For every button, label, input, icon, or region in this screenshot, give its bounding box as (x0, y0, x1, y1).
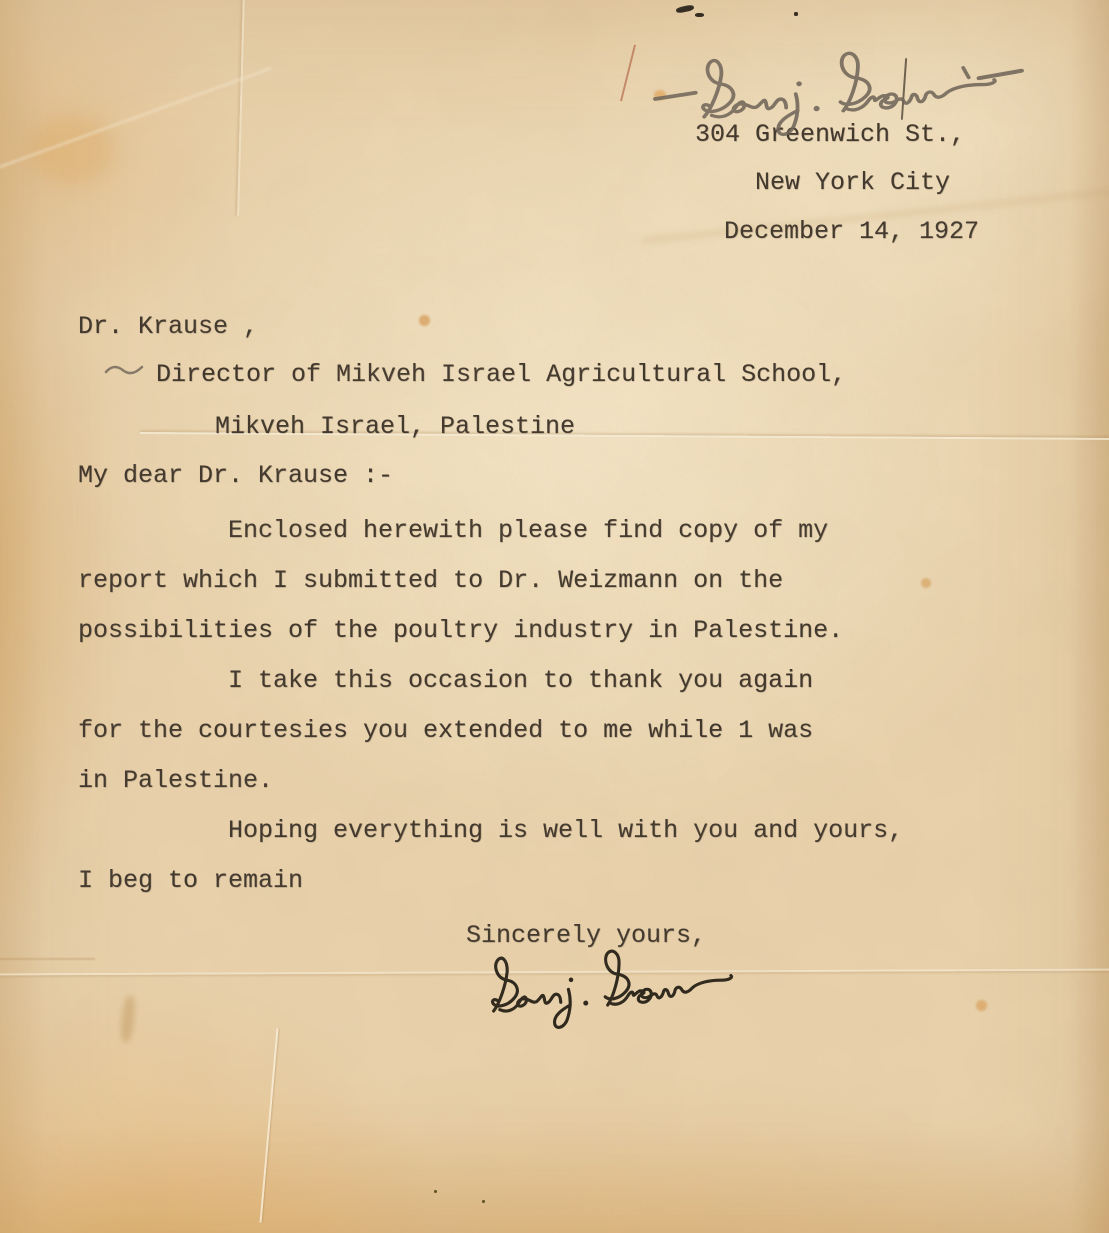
scratch-line (620, 45, 636, 102)
staple-mark (695, 13, 704, 17)
date-line: December 14, 1927 (724, 217, 979, 247)
stain-streak (120, 995, 137, 1042)
body-line: report which I submitted to Dr. Weizmann… (78, 566, 783, 596)
pencil-dash-left (655, 93, 696, 99)
crease-diagonal-topleft (0, 67, 271, 172)
stain-spot (976, 1000, 987, 1011)
ink-speck (794, 12, 798, 16)
body-line: I beg to remain (78, 866, 303, 896)
recipient-title: Director of Mikveh Israel Agricultural S… (156, 360, 846, 390)
recipient-name: Dr. Krause , (78, 312, 258, 342)
recipient-address: Mikveh Israel, Palestine (215, 412, 575, 442)
crease-vertical-top (237, 0, 245, 216)
ink-speck (482, 1200, 485, 1203)
address-line-2: New York City (755, 168, 950, 198)
crease-crack-bottom (260, 1028, 279, 1222)
pencil-squiggle (104, 362, 146, 378)
stain-blotch (30, 115, 115, 185)
letter-page: 304 Greenwich St., New York City Decembe… (0, 0, 1109, 1233)
crease-short-left (0, 958, 95, 960)
body-line: possibilities of the poultry industry in… (78, 616, 843, 646)
stain-spot (419, 315, 430, 326)
signature-ink (476, 933, 751, 1041)
body-line: I take this occasion to thank you again (228, 666, 813, 696)
pencil-dash-right (979, 71, 1022, 78)
handwritten-name-pencil (648, 34, 1032, 150)
ink-speck (434, 1190, 437, 1193)
stain-spot (921, 578, 931, 588)
pencil-tick-right (963, 67, 968, 77)
body-line: Enclosed herewith please find copy of my (228, 516, 828, 546)
body-line: Hoping everything is well with you and y… (228, 816, 903, 846)
salutation: My dear Dr. Krause :- (78, 461, 393, 491)
staple-mark (676, 4, 695, 14)
body-line: for the courtesies you extended to me wh… (78, 716, 813, 746)
body-line: in Palestine. (78, 766, 273, 796)
